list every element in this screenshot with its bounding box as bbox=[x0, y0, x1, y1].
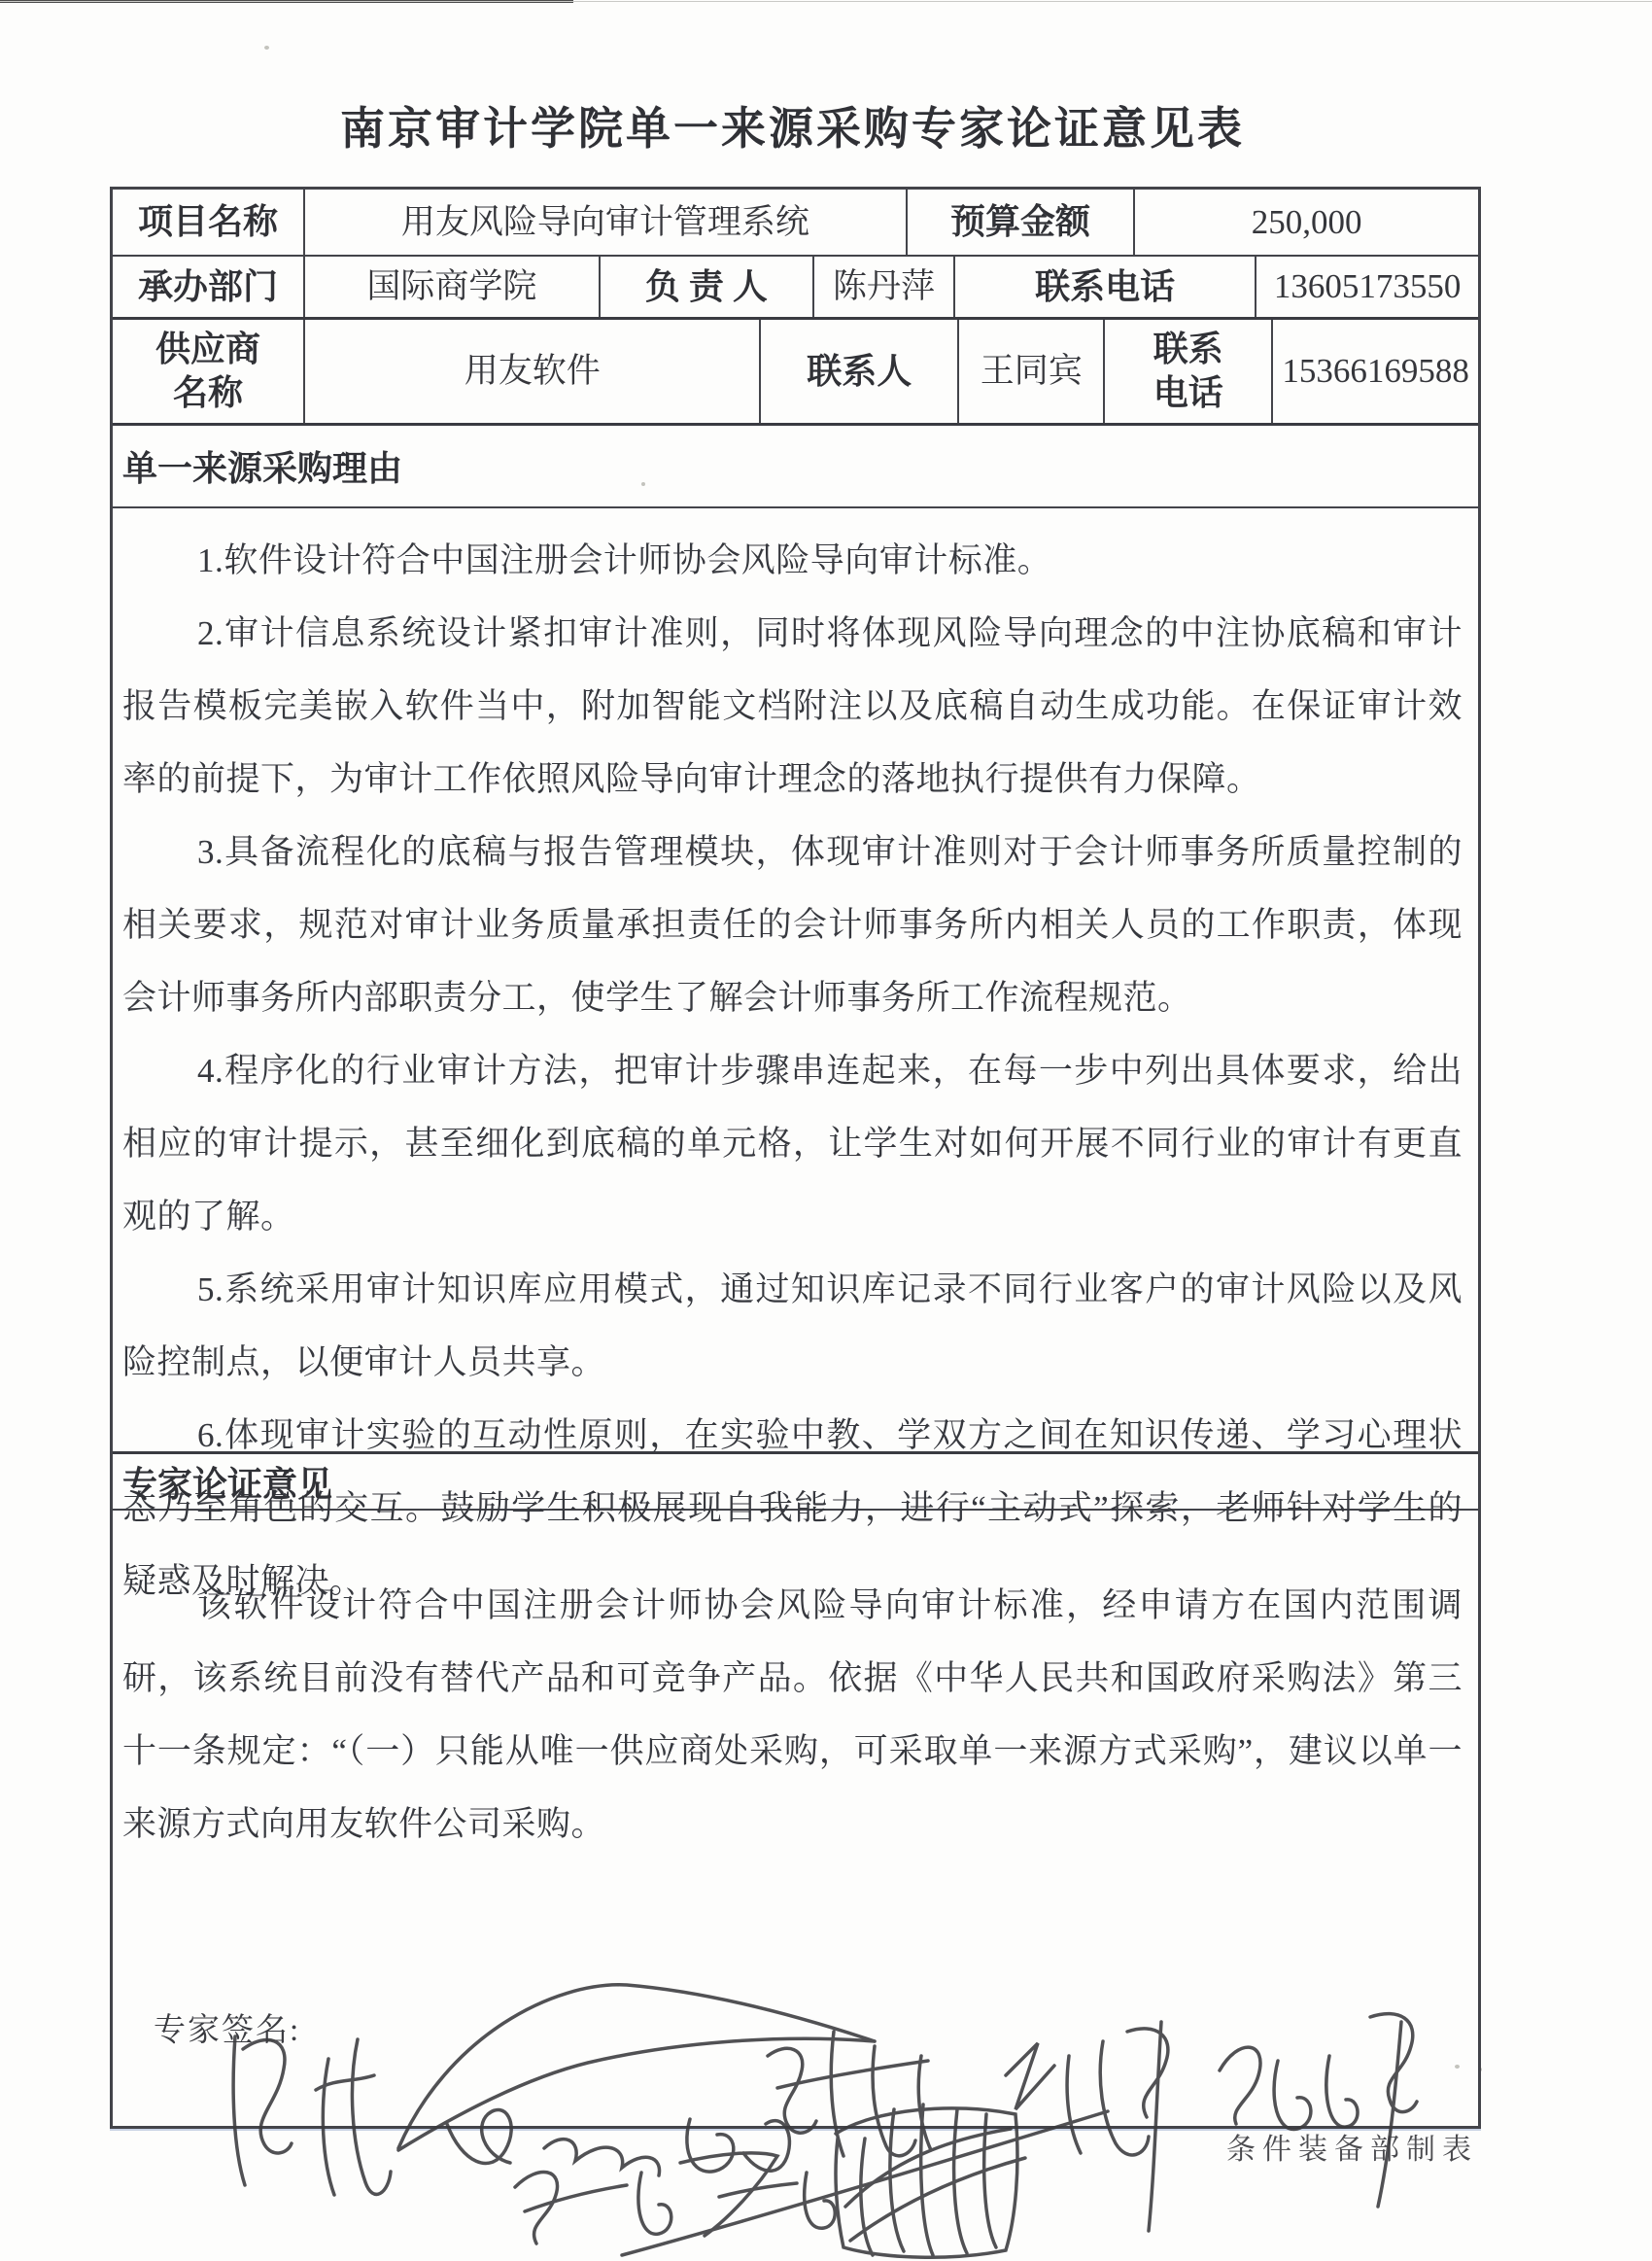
reason-item-3: 3.具备流程化的底稿与报告管理模块，体现审计准则对于会计师事务所质量控制的相关要… bbox=[122, 816, 1463, 1034]
reasons-section-header: 单一来源采购理由 bbox=[113, 426, 1478, 508]
supplier-row: 供应商名称 用友软件 联系人 王同宾 联系电话 15366169588 bbox=[113, 320, 1478, 426]
supplier-phone-value: 15366169588 bbox=[1273, 320, 1478, 423]
scanned-document-page: 南京审计学院单一来源采购专家论证意见表 项目名称 用友风险导向审计管理系统 预算… bbox=[0, 0, 1652, 2261]
opinion-text: 该软件设计符合中国注册会计师协会风险导向审计标准，经申请方在国内范围调研，该系统… bbox=[122, 1569, 1463, 1861]
manager-label: 负 责 人 bbox=[601, 257, 815, 317]
project-row: 项目名称 用友风险导向审计管理系统 预算金额 250,000 bbox=[113, 190, 1478, 257]
budget-label: 预算金额 bbox=[908, 190, 1136, 255]
department-phone-value: 13605173550 bbox=[1256, 257, 1478, 317]
reason-item-1: 1.软件设计符合中国注册会计师协会风险导向审计标准。 bbox=[122, 524, 1463, 597]
project-name-label: 项目名称 bbox=[113, 190, 305, 255]
budget-value: 250,000 bbox=[1135, 190, 1478, 255]
department-value: 国际商学院 bbox=[305, 257, 600, 317]
department-label: 承办部门 bbox=[113, 257, 305, 317]
reasons-section-body: 1.软件设计符合中国注册会计师协会风险导向审计标准。 2.审计信息系统设计紧扣审… bbox=[113, 508, 1478, 1454]
reason-item-2: 2.审计信息系统设计紧扣审计准则，同时将体现风险导向理念的中注协底稿和审计报告模… bbox=[122, 597, 1463, 816]
procurement-form-table: 项目名称 用友风险导向审计管理系统 预算金额 250,000 承办部门 国际商学… bbox=[110, 187, 1481, 2129]
supplier-contact-label: 联系人 bbox=[761, 320, 959, 423]
supplier-name-label: 供应商名称 bbox=[113, 320, 305, 423]
expert-signatures-handwriting-icon bbox=[97, 1964, 1458, 2261]
department-row: 承办部门 国际商学院 负 责 人 陈丹萍 联系电话 13605173550 bbox=[113, 257, 1478, 320]
project-name-value: 用友风险导向审计管理系统 bbox=[305, 190, 908, 255]
page-title: 南京审计学院单一来源采购专家论证意见表 bbox=[110, 93, 1475, 157]
reason-item-5: 5.系统采用审计知识库应用模式，通过知识库记录不同行业客户的审计风险以及风险控制… bbox=[122, 1253, 1463, 1399]
supplier-contact-value: 王同宾 bbox=[959, 320, 1105, 423]
supplier-name-value: 用友软件 bbox=[305, 320, 761, 423]
supplier-phone-label: 联系电话 bbox=[1105, 320, 1273, 423]
scan-edge-artifact-light bbox=[0, 1, 1652, 2]
department-phone-label: 联系电话 bbox=[955, 257, 1257, 317]
reason-item-4: 4.程序化的行业审计方法，把审计步骤串连起来，在每一步中列出具体要求，给出相应的… bbox=[122, 1034, 1463, 1253]
scan-speck bbox=[264, 46, 269, 50]
manager-value: 陈丹萍 bbox=[814, 257, 955, 317]
